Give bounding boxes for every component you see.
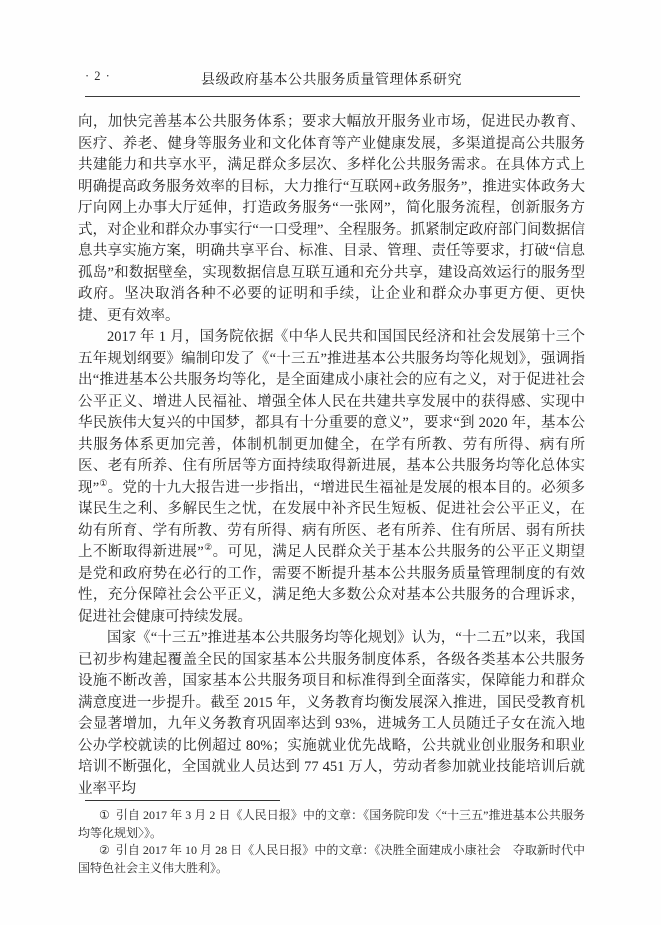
footnote-area: ①引自 2017 年 3 月 2 日《人民日报》中的文章：《国务院印发〈“十三五…	[78, 800, 585, 877]
document-page: · 2 · 县级政府基本公共服务质量管理体系研究 向，加快完善基本公共服务体系；…	[0, 0, 661, 925]
footnote-item-2: ②引自 2017 年 10 月 28 日《人民日报》中的文章：《决胜全面建成小康…	[78, 842, 585, 877]
running-title: 县级政府基本公共服务质量管理体系研究	[201, 73, 462, 88]
footnote-marker-2: ②	[99, 843, 110, 857]
paragraph-continuation: 向，加快完善基本公共服务体系；要求大幅放开服务业市场，促进民办教育、医疗、养老、…	[78, 112, 585, 327]
footnote-separator	[85, 800, 280, 801]
page-header: · 2 · 县级政府基本公共服务质量管理体系研究	[78, 69, 585, 87]
footnote-text-2: 引自 2017 年 10 月 28 日《人民日报》中的文章：《决胜全面建成小康社…	[78, 843, 585, 875]
paragraph-policy-2017: 2017 年 1 月，国务院依据《中华人民共和国国民经济和社会发展第十三个五年规…	[78, 327, 585, 628]
body-text: 向，加快完善基本公共服务体系；要求大幅放开服务业市场，促进民办教育、医疗、养老、…	[78, 112, 585, 800]
paragraph-achievements: 国家《“十三五”推进基本公共服务均等化规划》认为，“十二五”以来，我国已初步构建…	[78, 628, 585, 800]
footnote-item-1: ①引自 2017 年 3 月 2 日《人民日报》中的文章：《国务院印发〈“十三五…	[78, 807, 585, 842]
header-rule	[85, 96, 580, 97]
page-number: · 2 ·	[85, 69, 111, 84]
footnote-text-1: 引自 2017 年 3 月 2 日《人民日报》中的文章：《国务院印发〈“十三五”…	[78, 808, 585, 840]
footnote-ref-1: ①	[99, 478, 108, 488]
paragraph-text-segment: 2017 年 1 月，国务院依据《中华人民共和国国民经济和社会发展第十三个五年规…	[78, 329, 585, 496]
footnote-marker-1: ①	[99, 808, 110, 822]
footnote-ref-2: ②	[204, 542, 213, 552]
